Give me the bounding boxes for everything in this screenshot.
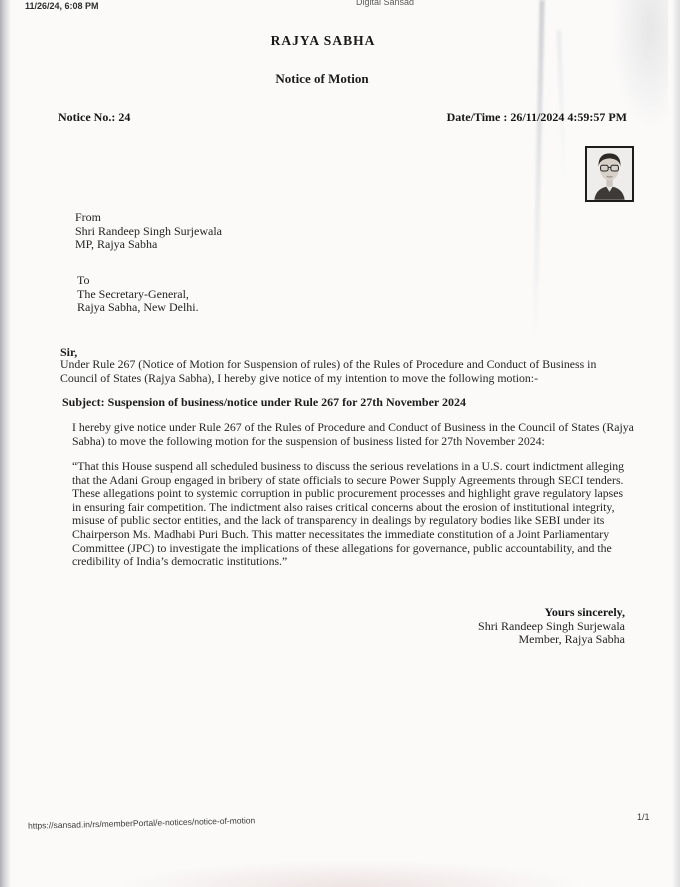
intro-paragraph: Under Rule 267 (Notice of Motion for Sus…	[60, 358, 634, 385]
print-header-datetime: 11/26/24, 6:08 PM	[25, 1, 99, 11]
motion-text-paragraph: “That this House suspend all scheduled b…	[72, 460, 634, 569]
house-title: RAJYA SABHA	[0, 33, 646, 49]
notice-datetime-label: Date/Time :	[447, 110, 508, 124]
signature-name: Shri Randeep Singh Surjewala	[478, 620, 625, 634]
notice-number: Notice No.: 24	[58, 110, 130, 125]
from-block: From Shri Randeep Singh Surjewala MP, Ra…	[75, 211, 222, 252]
to-label: To	[77, 274, 199, 288]
from-label: From	[75, 211, 222, 225]
member-portrait-illustration	[587, 148, 632, 200]
print-footer-page-number: 1/1	[637, 812, 650, 822]
to-address: Rajya Sabha, New Delhi.	[77, 301, 199, 315]
scan-smudge-bottom	[120, 861, 580, 887]
member-photo	[585, 146, 634, 202]
scan-edge-right	[672, 0, 680, 887]
signature-block: Yours sincerely, Shri Randeep Singh Surj…	[478, 606, 625, 647]
notice-datetime-value: 26/11/2024 4:59:57 PM	[510, 110, 627, 124]
from-name: Shri Randeep Singh Surjewala	[75, 225, 222, 239]
notice-datetime: Date/Time : 26/11/2024 4:59:57 PM	[447, 110, 627, 125]
signature-designation: Member, Rajya Sabha	[478, 633, 625, 647]
notice-number-label: Notice No.:	[58, 110, 115, 124]
print-footer-url: https://sansad.in/rs/memberPortal/e-noti…	[28, 815, 255, 831]
signature-closing: Yours sincerely,	[478, 606, 625, 620]
to-block: To The Secretary-General, Rajya Sabha, N…	[77, 274, 199, 315]
scan-crease	[532, 0, 544, 340]
subject-line: Subject: Suspension of business/notice u…	[62, 395, 466, 410]
document-title: Notice of Motion	[0, 71, 644, 87]
from-designation: MP, Rajya Sabha	[75, 238, 222, 252]
scan-crease-secondary	[557, 30, 565, 180]
scanned-notice-page: 11/26/24, 6:08 PM Digital Sansad RAJYA S…	[0, 0, 680, 887]
to-recipient: The Secretary-General,	[77, 288, 199, 302]
print-header-site-title: Digital Sansad	[356, 0, 414, 7]
scan-edge-left	[0, 0, 11, 887]
notice-paragraph: I hereby give notice under Rule 267 of t…	[72, 421, 634, 448]
notice-number-value: 24	[118, 110, 130, 124]
